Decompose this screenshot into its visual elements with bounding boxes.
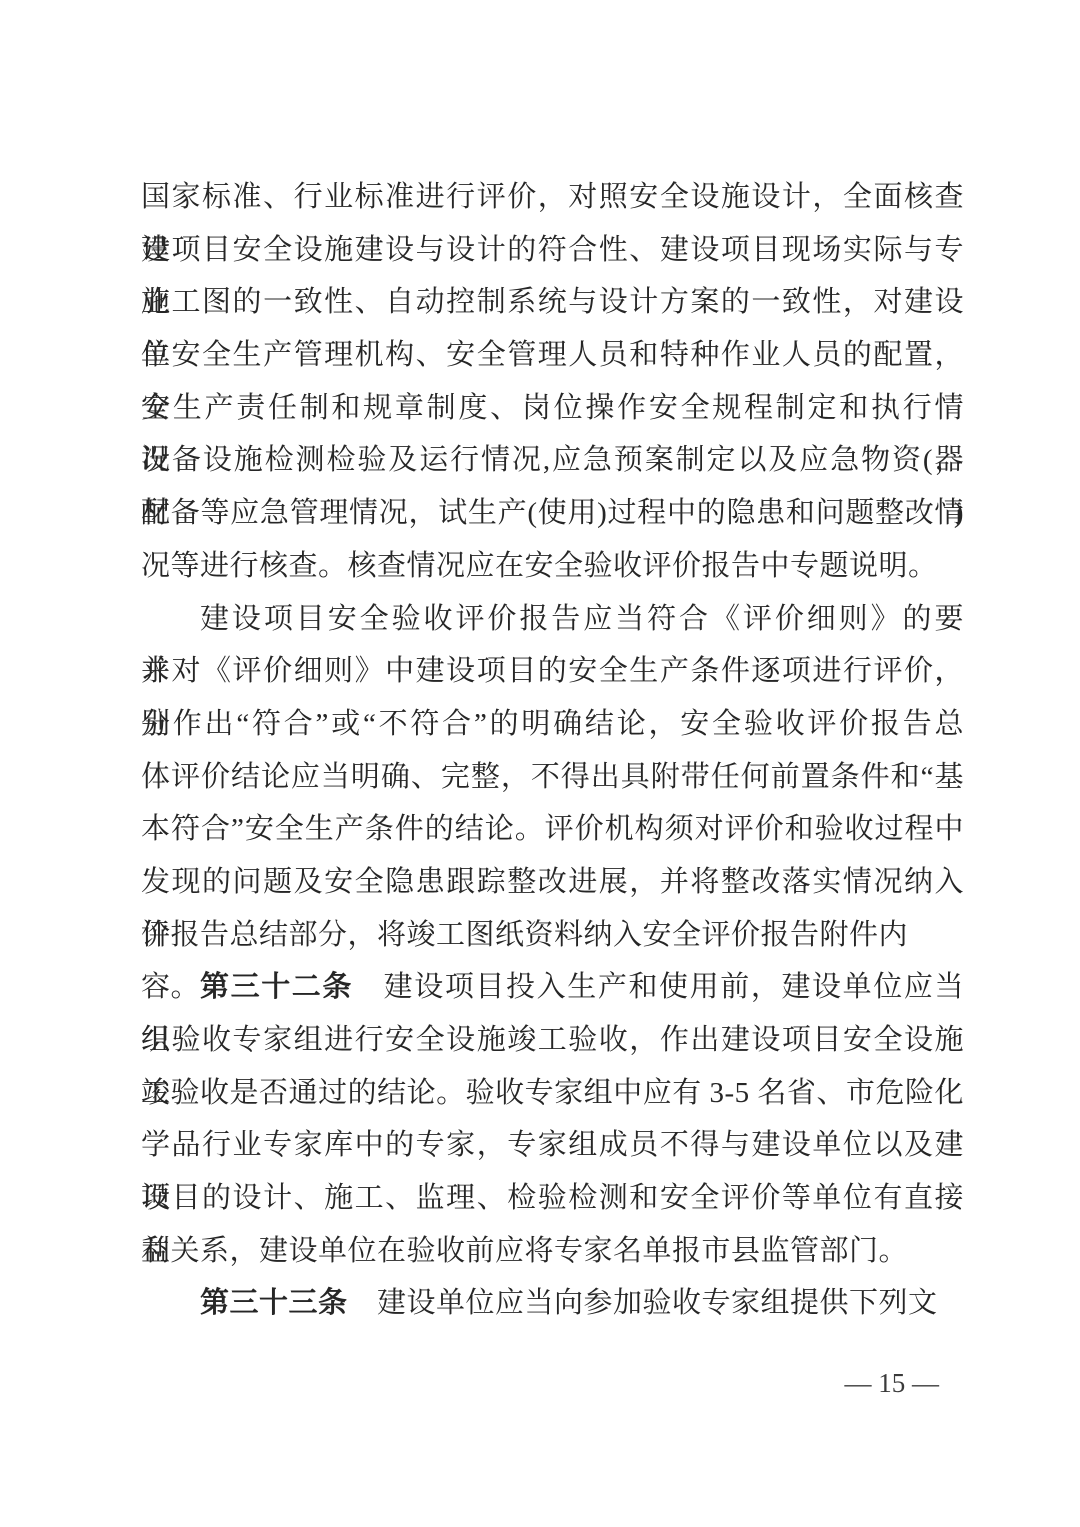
text-line: 施工图的一致性、自动控制系统与设计方案的一致性，对建设单 — [141, 276, 964, 329]
text-line: 发现的问题及安全隐患跟踪整改进展，并将整改落实情况纳入评 — [141, 856, 964, 909]
text-line: 配备等应急管理情况，试生产(使用)过程中的隐患和问题整改情 — [141, 487, 964, 540]
article-32-line: 第三十二条 建设项目投入生产和使用前，建设单位应当组 — [141, 961, 964, 1014]
text-line-paragraph-end: 价报告总结部分，将竣工图纸资料纳入安全评价报告附件内容。 — [141, 909, 964, 962]
text-line: 体评价结论应当明确、完整，不得出具附带任何前置条件和“基 — [141, 751, 964, 804]
text-line: 工验收是否通过的结论。验收专家组中应有 3-5 名省、市危险化 — [141, 1067, 964, 1120]
text-line: 全生产责任制和规章制度、岗位操作安全规程制定和执行情况， — [141, 382, 964, 435]
article-33-number: 第三十三条 — [200, 1287, 348, 1319]
text-line-paragraph-start: 建设项目安全验收评价报告应当符合《评价细则》的要求， — [141, 593, 964, 646]
text-line: 本符合”安全生产条件的结论。评价机构须对评价和验收过程中 — [141, 803, 964, 856]
text-line-paragraph-end: 益关系，建设单位在验收前应将专家名单报市县监管部门。 — [141, 1225, 964, 1278]
document-body: 国家标准、行业标准进行评价，对照安全设施设计，全面核查建 设项目安全设施建设与设… — [141, 171, 964, 1330]
article-33-text: 建设单位应当向参加验收专家组提供下列文 — [348, 1287, 938, 1319]
article-33-line: 第三十三条 建设单位应当向参加验收专家组提供下列文 — [141, 1277, 964, 1330]
text-line: 位安全生产管理机构、安全管理人员和特种作业人员的配置，安 — [141, 329, 964, 382]
text-line: 织验收专家组进行安全设施竣工验收，作出建设项目安全设施竣 — [141, 1014, 964, 1067]
text-line: 国家标准、行业标准进行评价，对照安全设施设计，全面核查建 — [141, 171, 964, 224]
text-line: 设项目安全设施建设与设计的符合性、建设项目现场实际与专业 — [141, 224, 964, 277]
page-number: — 15 — — [845, 1365, 940, 1401]
text-line: 设备设施检测检验及运行情况,应急预案制定以及应急物资(器材) — [141, 434, 964, 487]
article-32-number: 第三十二条 — [200, 971, 353, 1003]
text-line: 项目的设计、施工、监理、检验检测和安全评价等单位有直接利 — [141, 1172, 964, 1225]
text-line: 学品行业专家库中的专家，专家组成员不得与建设单位以及建设 — [141, 1119, 964, 1172]
text-line: 并对《评价细则》中建设项目的安全生产条件逐项进行评价，分 — [141, 645, 964, 698]
text-line-paragraph-end: 况等进行核查。核查情况应在安全验收评价报告中专题说明。 — [141, 540, 964, 593]
text-line: 别作出“符合”或“不符合”的明确结论，安全验收评价报告总 — [141, 698, 964, 751]
document-page: 国家标准、行业标准进行评价，对照安全设施设计，全面核查建 设项目安全设施建设与设… — [0, 0, 1080, 1527]
